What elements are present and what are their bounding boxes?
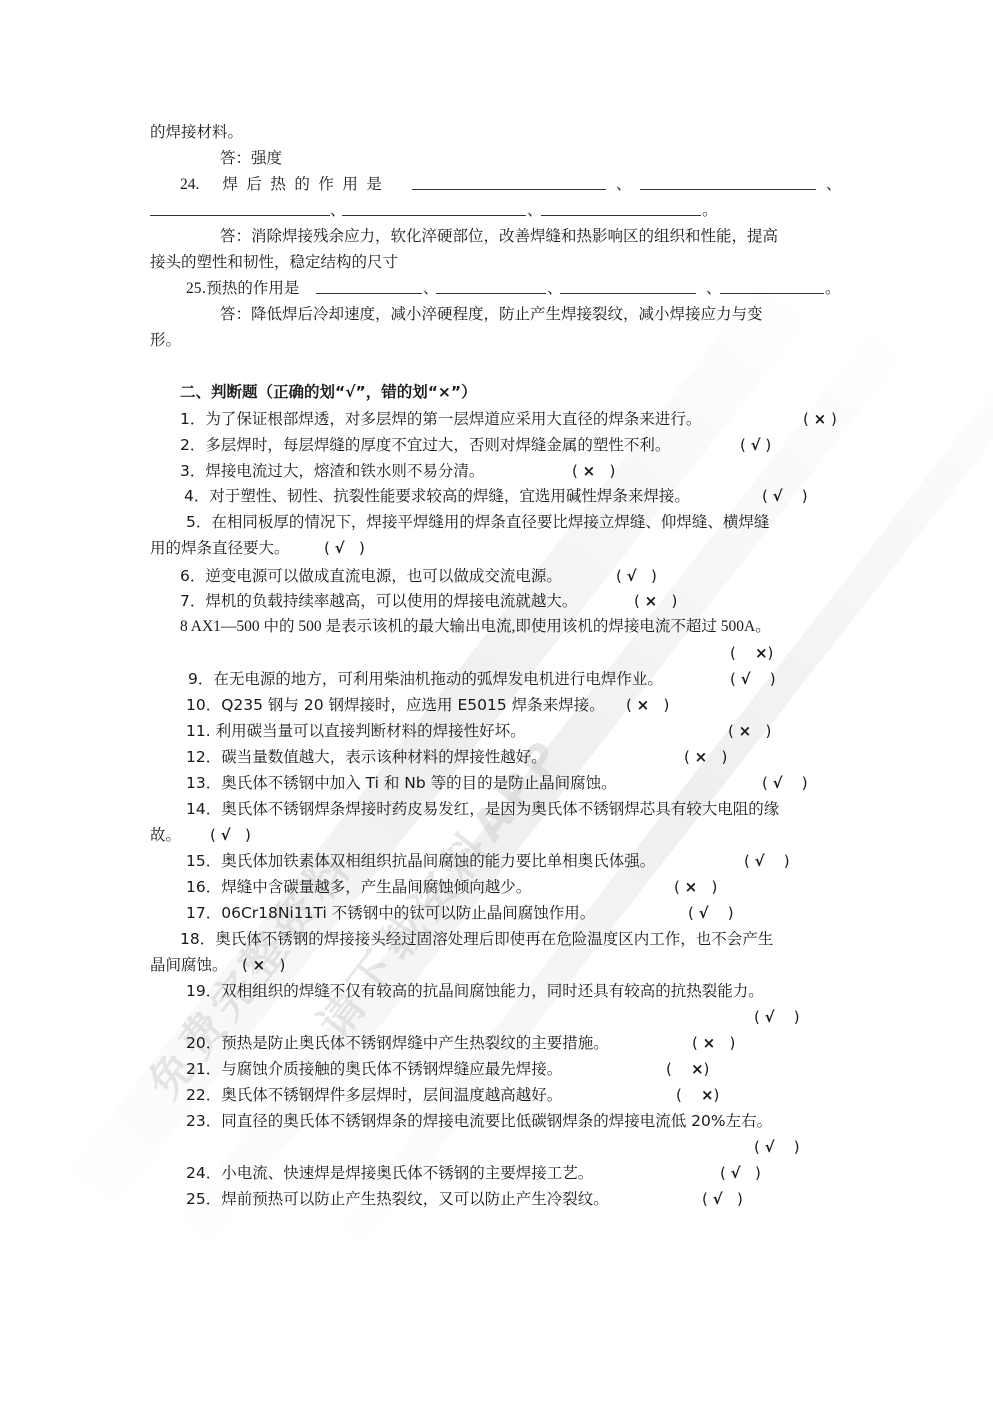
check-icon: √ — [755, 852, 765, 870]
tf-answer-11: ( × ) — [728, 721, 771, 741]
cross-icon: × — [637, 696, 650, 714]
tf-answer-4: ( √ ) — [762, 486, 808, 506]
tf-item-20: 20．预热是防止奥氏体不锈钢焊缝中产生热裂纹的主要措施。 — [186, 1033, 609, 1053]
tf-answer-1: ( × ) — [803, 409, 837, 429]
tf-answer-9: ( √ ) — [730, 669, 776, 689]
check-icon: √ — [221, 826, 231, 844]
check-icon: √ — [699, 904, 709, 922]
tf-answer-18: ( × ) — [242, 955, 285, 975]
q24-blank-1[interactable] — [412, 176, 606, 190]
q24-blank-3[interactable] — [150, 202, 330, 216]
tf-item-19: 19．双相组织的焊缝不仅有较高的抗晶间腐蚀能力，同时还具有较高的抗热裂能力。 — [186, 981, 764, 1001]
check-icon: √ — [751, 436, 761, 454]
tf-answer-25: ( √ ) — [702, 1189, 743, 1209]
q24-answer-1: 答：消除焊接残余应力，软化淬硬部位，改善焊缝和热影响区的组织和性能，提高 — [220, 226, 778, 246]
tf-item-14-cont: 故。 — [150, 825, 181, 845]
q25-prompt: .预热的作用是 — [202, 279, 300, 297]
tf-item-5-cont: 用的焊条直径要大。 — [150, 538, 290, 558]
q25-answer-2: 形。 — [150, 330, 181, 350]
tf-item-11: 11. 利用碳当量可以直接判断材料的焊接性好坏。 — [186, 721, 526, 741]
tf-item-8: 8 AX1—500 中的 500 是表示该机的最大输出电流,即使用该机的焊接电流… — [180, 617, 771, 637]
tf-item-18: 18．奥氏体不锈钢的焊接接头经过固溶处理后即使再在危险温度区内工作，也不会产生 — [180, 929, 773, 949]
tf-item-5: 5．在相同板厚的情况下，焊接平焊缝用的焊条直径要比焊接立焊缝、仰焊缝、横焊缝 — [186, 512, 769, 532]
document-page: 免费完整资料 请下载资料APP 的焊接材料。 答：强度 24. 焊后热的作用是 … — [0, 0, 993, 1404]
tf-answer-22: ( ×) — [676, 1085, 719, 1105]
cross-icon: × — [685, 878, 698, 896]
cross-icon: × — [701, 1086, 714, 1104]
cross-icon: × — [645, 592, 658, 610]
tf-item-16: 16．焊缝中含碳量越多，产生晶间腐蚀倾向越少。 — [186, 877, 531, 897]
check-icon: √ — [765, 1138, 775, 1156]
tf-answer-24: ( √ ) — [720, 1163, 761, 1183]
tf-answer-13: ( √ ) — [762, 773, 808, 793]
tf-item-15: 15．奥氏体加铁素体双相组织抗晶间腐蚀的能力要比单相奥氏体强。 — [186, 851, 655, 871]
tf-answer-6: ( √ ) — [616, 566, 657, 586]
q25-blank-3[interactable] — [560, 280, 696, 294]
tf-answer-23: ( √ ) — [754, 1137, 800, 1157]
check-icon: √ — [773, 774, 783, 792]
tf-answer-16: ( × ) — [674, 877, 717, 897]
tf-item-3: 3．焊接电流过大，熔渣和铁水则不易分清。 — [180, 461, 484, 481]
q24-number: 24. — [180, 176, 199, 193]
tf-item-9: 9．在无电源的地方，可利用柴油机拖动的弧焊发电机进行电焊作业。 — [188, 669, 663, 689]
q24-prompt: 焊后热的作用是 — [222, 175, 390, 193]
q24-blank-4[interactable] — [342, 202, 526, 216]
cross-icon: × — [691, 1060, 704, 1078]
tf-item-23: 23．同直径的奥氏体不锈钢焊条的焊接电流要比低碳钢焊条的焊接电流低 20%左右。 — [186, 1111, 772, 1131]
q23-tail: 的焊接材料。 — [150, 122, 243, 142]
tf-answer-15: ( √ ) — [744, 851, 790, 871]
q24-sep: 、 — [616, 174, 632, 194]
q25-blank-1[interactable] — [316, 280, 422, 294]
tf-item-4: 4．对于塑性、韧性、抗裂性能要求较高的焊缝，宜选用碱性焊条来焊接。 — [184, 486, 690, 506]
tf-item-2: 2．多层焊时，每层焊缝的厚度不宜过大，否则对焊缝金属的塑性不利。 — [180, 435, 670, 455]
q24-blank-2[interactable] — [640, 176, 816, 190]
section-title: 二、判断题（正确的划“√”，错的划“×”） — [180, 382, 477, 402]
cross-icon: × — [814, 410, 827, 428]
tf-answer-17: ( √ ) — [688, 903, 734, 923]
tf-item-7: 7．焊机的负载持续率越高，可以使用的焊接电流就越大。 — [180, 591, 577, 611]
cross-icon: × — [739, 722, 752, 740]
q24-prompt-line: 24. 焊后热的作用是 — [180, 174, 390, 195]
q25-blank-4[interactable] — [720, 280, 824, 294]
check-icon: √ — [731, 1164, 741, 1182]
tf-answer-10: ( × ) — [626, 695, 669, 715]
tf-answer-2: ( √ ) — [740, 435, 771, 455]
q24-end: 。 — [702, 200, 718, 220]
tf-item-14: 14．奥氏体不锈钢焊条焊接时药皮易发红，是因为奥氏体不锈钢焊芯具有较大电阻的缘 — [186, 799, 779, 819]
cross-icon: × — [703, 1034, 716, 1052]
tf-answer-14: ( √ ) — [210, 825, 251, 845]
check-icon: √ — [765, 1008, 775, 1026]
q24-blank-5[interactable] — [541, 202, 701, 216]
check-icon: √ — [773, 487, 783, 505]
tf-answer-7: ( × ) — [634, 591, 677, 611]
tf-item-10: 10．Q235 钢与 20 钢焊接时，应选用 E5015 焊条来焊接。 — [186, 695, 605, 715]
tf-item-6: 6．逆变电源可以做成直流电源，也可以做成交流电源。 — [180, 566, 562, 586]
q25-prompt-line: 25.预热的作用是 — [186, 278, 299, 299]
cross-icon: × — [755, 644, 768, 662]
q23-answer: 答：强度 — [220, 148, 282, 168]
tf-answer-5: ( √ ) — [324, 538, 365, 558]
check-icon: √ — [713, 1190, 723, 1208]
cross-icon: × — [583, 462, 596, 480]
tf-answer-12: ( × ) — [684, 747, 727, 767]
tf-item-17: 17．06Cr18Ni11Ti 不锈钢中的钛可以防止晶间腐蚀作用。 — [186, 903, 595, 923]
tf-answer-8: ( ×) — [730, 643, 773, 663]
tf-item-12: 12．碳当量数值越大，表示该种材料的焊接性越好。 — [186, 747, 547, 767]
cross-icon: × — [253, 956, 266, 974]
q24-answer-2: 接头的塑性和韧性，稳定结构的尺寸 — [150, 252, 398, 272]
tf-item-24: 24．小电流、快速焊是焊接奥氏体不锈钢的主要焊接工艺。 — [186, 1163, 593, 1183]
tf-item-22: 22．奥氏体不锈钢焊件多层焊时，层间温度越高越好。 — [186, 1085, 562, 1105]
check-icon: √ — [741, 670, 751, 688]
tf-item-21: 21．与腐蚀介质接触的奥氏体不锈钢焊缝应最先焊接。 — [186, 1059, 562, 1079]
q25-answer-1: 答：降低焊后冷却速度，减小淬硬程度，防止产生焊接裂纹，减小焊接应力与变 — [220, 304, 763, 324]
tf-item-1: 1．为了保证根部焊透，对多层焊的第一层焊道应采用大直径的焊条来进行。 — [180, 409, 701, 429]
tf-answer-20: ( × ) — [692, 1033, 735, 1053]
tf-answer-3: ( × ) — [572, 461, 615, 481]
q25-blank-2[interactable] — [436, 280, 546, 294]
check-icon: √ — [627, 567, 637, 585]
check-icon: √ — [335, 539, 345, 557]
q24-sep: 、 — [826, 174, 842, 194]
tf-item-25: 25．焊前预热可以防止产生热裂纹，又可以防止产生冷裂纹。 — [186, 1189, 609, 1209]
tf-item-18-cont: 晶间腐蚀。 — [150, 955, 228, 975]
q25-number: 25 — [186, 280, 202, 297]
q25-end: 。 — [825, 278, 841, 298]
tf-answer-21: ( ×) — [666, 1059, 709, 1079]
tf-answer-19: ( √ ) — [754, 1007, 800, 1027]
cross-icon: × — [695, 748, 708, 766]
tf-item-13: 13．奥氏体不锈钢中加入 Ti 和 Nb 等的目的是防止晶间腐蚀。 — [186, 773, 617, 793]
